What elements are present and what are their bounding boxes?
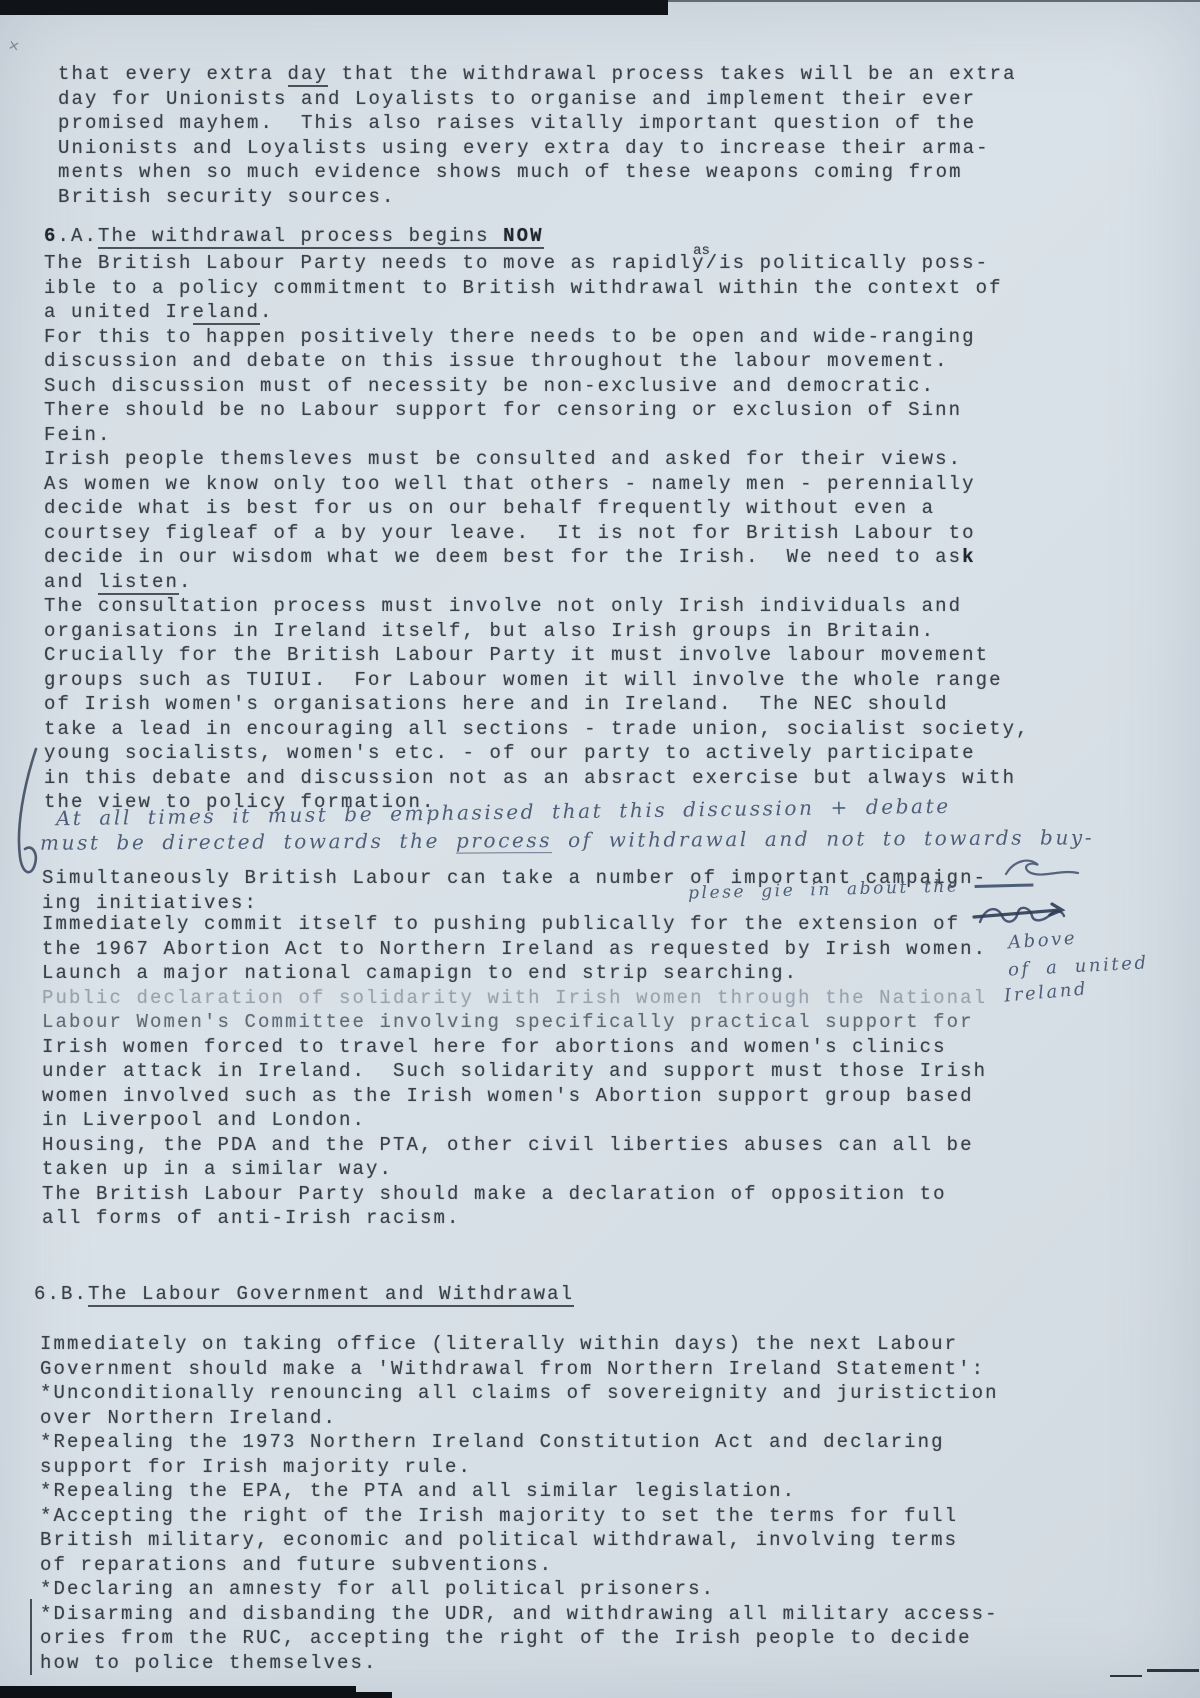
section-6a-heading: 6.A.The withdrawal process begins NOW [44, 224, 544, 249]
typed-line: There should be no Labour support for ce… [44, 398, 1030, 423]
typed-line: the 1967 Abortion Act to Northern Irelan… [42, 937, 987, 962]
margin-note-ireland: Ireland [1003, 978, 1089, 1006]
typed-line: *Unconditionally renouncing all claims o… [40, 1381, 999, 1406]
typed-line: women involved such as the Irish women's… [42, 1084, 987, 1109]
typed-line: take a lead in encouraging all sections … [44, 717, 1030, 742]
typed-line: in Liverpool and London. [42, 1108, 987, 1133]
typed-line: Crucially for the British Labour Party i… [44, 643, 1030, 668]
typed-line: support for Irish majority rule. [40, 1455, 999, 1480]
typed-line: Housing, the PDA and the PTA, other civi… [42, 1133, 987, 1158]
typed-line: decide what is best for us on our behalf… [44, 496, 1030, 521]
typed-line: Unionists and Loyalists using every extr… [58, 136, 1017, 161]
typed-line: that every extra day that the withdrawal… [58, 62, 1017, 87]
scan-edge-bottom [0, 1686, 356, 1698]
margin-note-of-a-united: of a united [1008, 952, 1150, 980]
typed-line: how to police themselves. [40, 1651, 999, 1676]
scan-edge-top [0, 0, 668, 15]
typed-line: 6.B.The Labour Government and Withdrawal [34, 1282, 574, 1307]
margin-note-emphasis-2: must be directed towards the process of … [40, 825, 1094, 855]
typed-line: over Northern Ireland. [40, 1406, 999, 1431]
typed-line: ible to a policy commitment to British w… [44, 276, 1030, 301]
section-6b-body: Immediately on taking office (literally … [40, 1332, 999, 1675]
typed-line: ories from the RUC, accepting the right … [40, 1626, 999, 1651]
scan-mark-dash-2 [1110, 1675, 1142, 1677]
typed-line: organisations in Ireland itself, but als… [44, 619, 1030, 644]
scan-mark-dash-1 [1147, 1669, 1199, 1672]
typed-line: Launch a major national camapign to end … [42, 961, 987, 986]
typed-line: Government should make a 'Withdrawal fro… [40, 1357, 999, 1382]
typed-line: Irish women forced to travel here for ab… [42, 1035, 987, 1060]
typed-line: *Disarming and disbanding the UDR, and w… [40, 1602, 999, 1627]
typed-line: ments when so much evidence shows much o… [58, 160, 1017, 185]
typed-line: under attack in Ireland. Such solidarity… [42, 1059, 987, 1084]
typed-line: Irish people themsleves must be consulte… [44, 447, 1030, 472]
typed-line: groups such as TUIUI. For Labour women i… [44, 668, 1030, 693]
typed-line: British military, economic and political… [40, 1528, 999, 1553]
typed-line: of reparations and future subventions. [40, 1553, 999, 1578]
typed-line: and listen. [44, 570, 1030, 595]
typed-line: Fein. [44, 423, 1030, 448]
typed-line: decide in our wisdom what we deem best f… [44, 545, 1030, 570]
ink-scribble-campaign [1000, 852, 1084, 890]
section-6a-body: The British Labour Party needs to move a… [44, 251, 1030, 815]
typed-line: young socialists, women's etc. - of our … [44, 741, 1030, 766]
typed-line: taken up in a similar way. [42, 1157, 987, 1182]
document-page: L-I Submission to NEC/ 3 × that every ex… [0, 0, 1200, 1698]
typed-line: For this to happen positively there need… [44, 325, 1030, 350]
typed-line: Immediately on taking office (literally … [40, 1332, 999, 1357]
pen-mark-small: × [6, 37, 21, 55]
margin-tick-mark [4, 745, 56, 887]
ink-scribble-crossed-out [972, 898, 1068, 934]
typed-line: The British Labour Party needs to move a… [44, 251, 1030, 276]
typed-line: courtsey figleaf of a by your leave. It … [44, 521, 1030, 546]
section-6b-heading: 6.B.The Labour Government and Withdrawal [34, 1282, 574, 1307]
typed-line: *Repealing the 1973 Northern Ireland Con… [40, 1430, 999, 1455]
scan-edge-line [30, 1599, 32, 1675]
typed-line: As women we know only too well that othe… [44, 472, 1030, 497]
typed-line: British security sources. [58, 185, 1017, 210]
intro-paragraph: that every extra day that the withdrawal… [58, 62, 1017, 209]
typed-line: Public declaration of solidarity with Ir… [42, 986, 987, 1011]
typed-line: *Declaring an amnesty for all political … [40, 1577, 999, 1602]
typed-line: Immediately commit itself to pushing pub… [42, 912, 987, 937]
typed-line: promised mayhem. This also raises vitall… [58, 111, 1017, 136]
typed-line: 6.A.The withdrawal process begins NOW [44, 224, 544, 249]
typed-line: The British Labour Party should make a d… [42, 1182, 987, 1207]
typed-line: all forms of anti-Irish racism. [42, 1206, 987, 1231]
typed-line: day for Unionists and Loyalists to organ… [58, 87, 1017, 112]
typed-line: *Accepting the right of the Irish majori… [40, 1504, 999, 1529]
typed-line: in this debate and discussion not as an … [44, 766, 1030, 791]
typed-line: discussion and debate on this issue thro… [44, 349, 1030, 374]
typed-line: *Repealing the EPA, the PTA and all simi… [40, 1479, 999, 1504]
typed-line: Labour Women's Committee involving speci… [42, 1010, 987, 1035]
typed-line: The consultation process must involve no… [44, 594, 1030, 619]
typed-line: a united Ireland. [44, 300, 1030, 325]
scan-edge-bottom-2 [350, 1692, 392, 1698]
typed-line: Such discussion must of necessity be non… [44, 374, 1030, 399]
typed-line: of Irish women's organisations here and … [44, 692, 1030, 717]
initiatives-paragraph: Immediately commit itself to pushing pub… [42, 912, 987, 1231]
